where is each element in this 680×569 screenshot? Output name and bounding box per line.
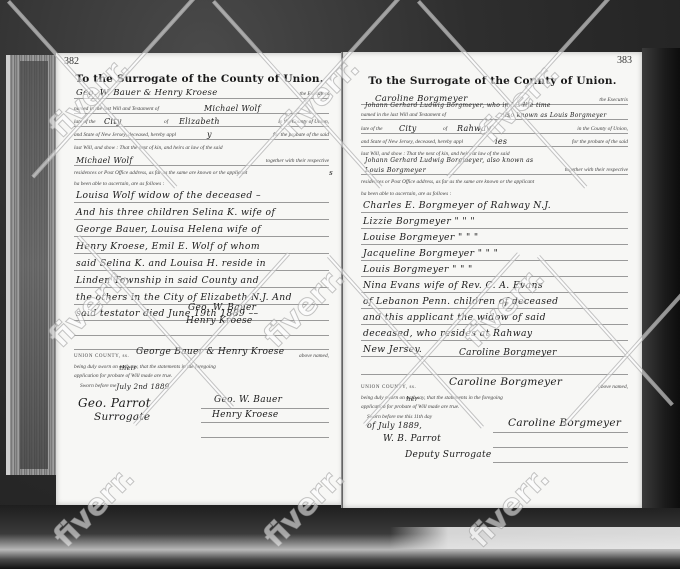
appl-suffix: ies <box>495 137 507 146</box>
signature: Henry Kroese <box>186 316 253 326</box>
heir-line: deceased, who resides at Rahway <box>361 325 628 341</box>
heir-line: Louise Borgmeyer " " " <box>361 229 628 245</box>
sworn-before-text: Sworn before me <box>80 383 116 389</box>
signature-line <box>201 422 329 423</box>
heir-text: Louisa Wolf widow of the deceased – <box>76 190 261 201</box>
light-reflection <box>390 527 680 549</box>
sworn-text: being duly sworn on <box>74 364 118 370</box>
next-of-kin-name: Louis Borgmeyer <box>365 166 426 174</box>
application-text: application for probate of Will made are… <box>361 404 459 410</box>
heir-text: Charles E. Borgmeyer of Rahway N.J. <box>363 200 551 211</box>
next-of-kin-name: Michael Wolf <box>76 156 133 165</box>
surrogate-title: Deputy Surrogate <box>405 450 492 460</box>
oath-county-line: UNION COUNTY, ss. Caroline Borgmeyer abo… <box>361 384 628 390</box>
heir-text: Lizzie Borgmeyer " " " <box>363 216 475 227</box>
says-text: say, that the statements in the foregoin… <box>417 395 503 401</box>
oath-sworn-line: being duly sworn on their oath say, that… <box>74 364 329 370</box>
heir-text: deceased, who resides at Rahway <box>363 328 532 339</box>
sworn-word: her <box>406 395 418 403</box>
heir-text: Louise Borgmeyer " " " <box>363 232 479 243</box>
deponent-name: Caroline Borgmeyer <box>449 376 562 388</box>
place-name: Elizabeth <box>179 117 220 126</box>
application-text: application for probate of Will made are… <box>74 373 172 379</box>
probate-text: for the probate of the said <box>572 139 628 145</box>
sworn-text: being duly sworn on <box>361 395 405 401</box>
surrogate-title: Surrogate <box>94 411 150 423</box>
oath-application-line: application for probate of Will made are… <box>74 373 329 379</box>
late-of-line: late of the City of Elizabeth in the Cou… <box>74 114 329 127</box>
named-in-text: named in the last Will and Testament of <box>74 106 159 112</box>
signature-line <box>201 437 329 438</box>
together-text: together with their respective <box>266 158 329 164</box>
applicants-line: Geo. W. Bauer & Henry Kroese the Executo… <box>74 86 329 99</box>
state-text: and State of New Jersey, deceased, hereb… <box>361 139 463 145</box>
named-also: also known as Louis Borgmeyer <box>501 112 607 119</box>
heir-text: Louis Borgmeyer " " " <box>363 264 473 275</box>
book-page-edges-left <box>6 55 60 475</box>
ruled-line <box>74 335 329 336</box>
heir-text: Jacqueline Borgmeyer " " " <box>363 248 498 259</box>
oath-application-line: application for probate of Will made are… <box>361 404 628 410</box>
next-of-kin-line: last Will, and show : That the next of k… <box>74 140 329 152</box>
county-text: in the County of Union, <box>577 126 628 132</box>
of-text: of <box>164 119 168 125</box>
signature: Geo. W. Bauer <box>188 303 256 313</box>
county-text: in the County of Union, <box>278 119 329 125</box>
signature-line <box>201 408 329 409</box>
sworn-before-text: Sworn before me this 11th day <box>367 414 432 420</box>
residence-line: residences or Post Office address, as fa… <box>361 174 628 186</box>
together-text: together with their respective <box>565 167 628 173</box>
heir-line: Nina Evans wife of Rev. C. A. Evans <box>361 277 628 293</box>
named-in-text: named in the last Will and Testament of <box>361 112 446 118</box>
heir-text: Nina Evans wife of Rev. C. A. Evans <box>363 280 543 291</box>
oath-sworn-line: being duly sworn on her oath say, that t… <box>361 395 628 401</box>
heir-line: Linden Township in said County and <box>74 272 329 288</box>
heir-line: Lizzie Borgmeyer " " " <box>361 213 628 229</box>
heir-line: And his three children Selina K. wife of <box>74 204 329 220</box>
book-binding-right <box>642 48 680 508</box>
left-page: 382 To the Surrogate of the County of Un… <box>56 53 343 505</box>
deponent-signature: Geo. W. Bauer <box>214 395 282 405</box>
place-name: Rahway <box>457 124 491 133</box>
table-surface <box>0 505 680 569</box>
above-named-text: above named, <box>598 384 628 390</box>
signature-line <box>493 462 628 463</box>
applicants-name: Geo. W. Bauer & Henry Kroese <box>76 88 218 98</box>
heir-line: Louisa Wolf widow of the deceased – <box>74 187 329 203</box>
residence-suffix: s <box>329 169 333 177</box>
page-heading: To the Surrogate of the County of Union. <box>56 73 343 85</box>
state-line: and State of New Jersey, deceased, hereb… <box>74 127 329 140</box>
heir-line: Henry Kroese, Emil E. Wolf of whom <box>74 238 329 254</box>
probate-text: for the probate of the said <box>273 132 329 138</box>
applicants-suffix: the Executors <box>300 91 330 97</box>
page-number: 383 <box>617 55 632 66</box>
heir-text: the others in the City of Elizabeth N.J.… <box>76 292 292 303</box>
sworn-word: their <box>119 364 136 372</box>
county-label: UNION COUNTY, ss. <box>74 354 129 359</box>
deponent-signature: Caroline Borgmeyer <box>508 417 621 429</box>
sworn-date: of July 1889, <box>367 421 422 430</box>
heir-line: Louis Borgmeyer " " " <box>361 261 628 277</box>
appl-suffix: y <box>207 130 212 139</box>
surrogate-signature: Geo. Parrot <box>78 396 151 410</box>
heir-text: of Lebanon Penn. children of deceased <box>363 296 558 307</box>
ruled-line <box>361 374 628 375</box>
heir-text: Linden Township in said County and <box>76 275 259 286</box>
heir-text: New Jersey. <box>363 344 422 355</box>
page-edges-shadow <box>20 61 48 469</box>
deponent-signature: Henry Kroese <box>212 410 279 420</box>
signature-line <box>493 432 628 433</box>
late-of-line: late of the City of Rahway in the County… <box>361 121 628 134</box>
late-of-text: late of the <box>361 126 383 132</box>
above-named-text: above named, <box>299 353 329 359</box>
of-text: of <box>443 126 447 132</box>
page-heading: To the Surrogate of the County of Union. <box>343 75 642 87</box>
deponents-name: George Bauer & Henry Kroese <box>136 347 284 357</box>
page-number: 382 <box>64 56 79 67</box>
heir-text: George Bauer, Louisa Helena wife of <box>76 224 261 235</box>
heir-text: and this applicant the widow of said <box>363 312 546 323</box>
state-text: and State of New Jersey, deceased, hereb… <box>74 132 176 138</box>
signature-line <box>493 447 628 448</box>
oath-county-line: UNION COUNTY, ss. George Bauer & Henry K… <box>74 353 329 359</box>
heir-text: And his three children Selina K. wife of <box>76 207 275 218</box>
heir-text: said Selina K. and Louisa H. reside in <box>76 258 266 269</box>
heir-line: Charles E. Borgmeyer of Rahway N.J. <box>361 197 628 213</box>
heir-line: and this applicant the widow of said <box>361 309 628 325</box>
surrogate-signature: W. B. Parrot <box>383 434 441 444</box>
place-type: City <box>104 117 122 126</box>
heir-line: George Bauer, Louisa Helena wife of <box>74 221 329 237</box>
place-type: City <box>399 124 417 133</box>
late-of-text: late of the <box>74 119 96 125</box>
named-in-line: named in the last Will and Testament of … <box>361 107 628 120</box>
right-page: 383 To the Surrogate of the County of Un… <box>343 52 642 508</box>
named-in-line: named in the last Will and Testament of … <box>74 101 329 114</box>
heir-line: Jacqueline Borgmeyer " " " <box>361 245 628 261</box>
county-label: UNION COUNTY, ss. <box>361 385 416 390</box>
sworn-before-line: Sworn before me July 2nd 1889 <box>80 383 329 389</box>
next-of-kin-text: last Will, and show : That the next of k… <box>74 145 223 151</box>
heir-line: of Lebanon Penn. children of deceased <box>361 293 628 309</box>
says-text: say, that the statements in the foregoin… <box>130 364 216 370</box>
signature: Caroline Borgmeyer <box>459 348 557 358</box>
heir-text: Henry Kroese, Emil E. Wolf of whom <box>76 241 260 252</box>
residence-text: residences or Post Office address, as fa… <box>361 179 534 185</box>
sworn-date: July 2nd 1889 <box>116 383 169 391</box>
deceased-name: Michael Wolf <box>204 104 261 113</box>
heir-line: said Selina K. and Louisa H. reside in <box>74 255 329 271</box>
